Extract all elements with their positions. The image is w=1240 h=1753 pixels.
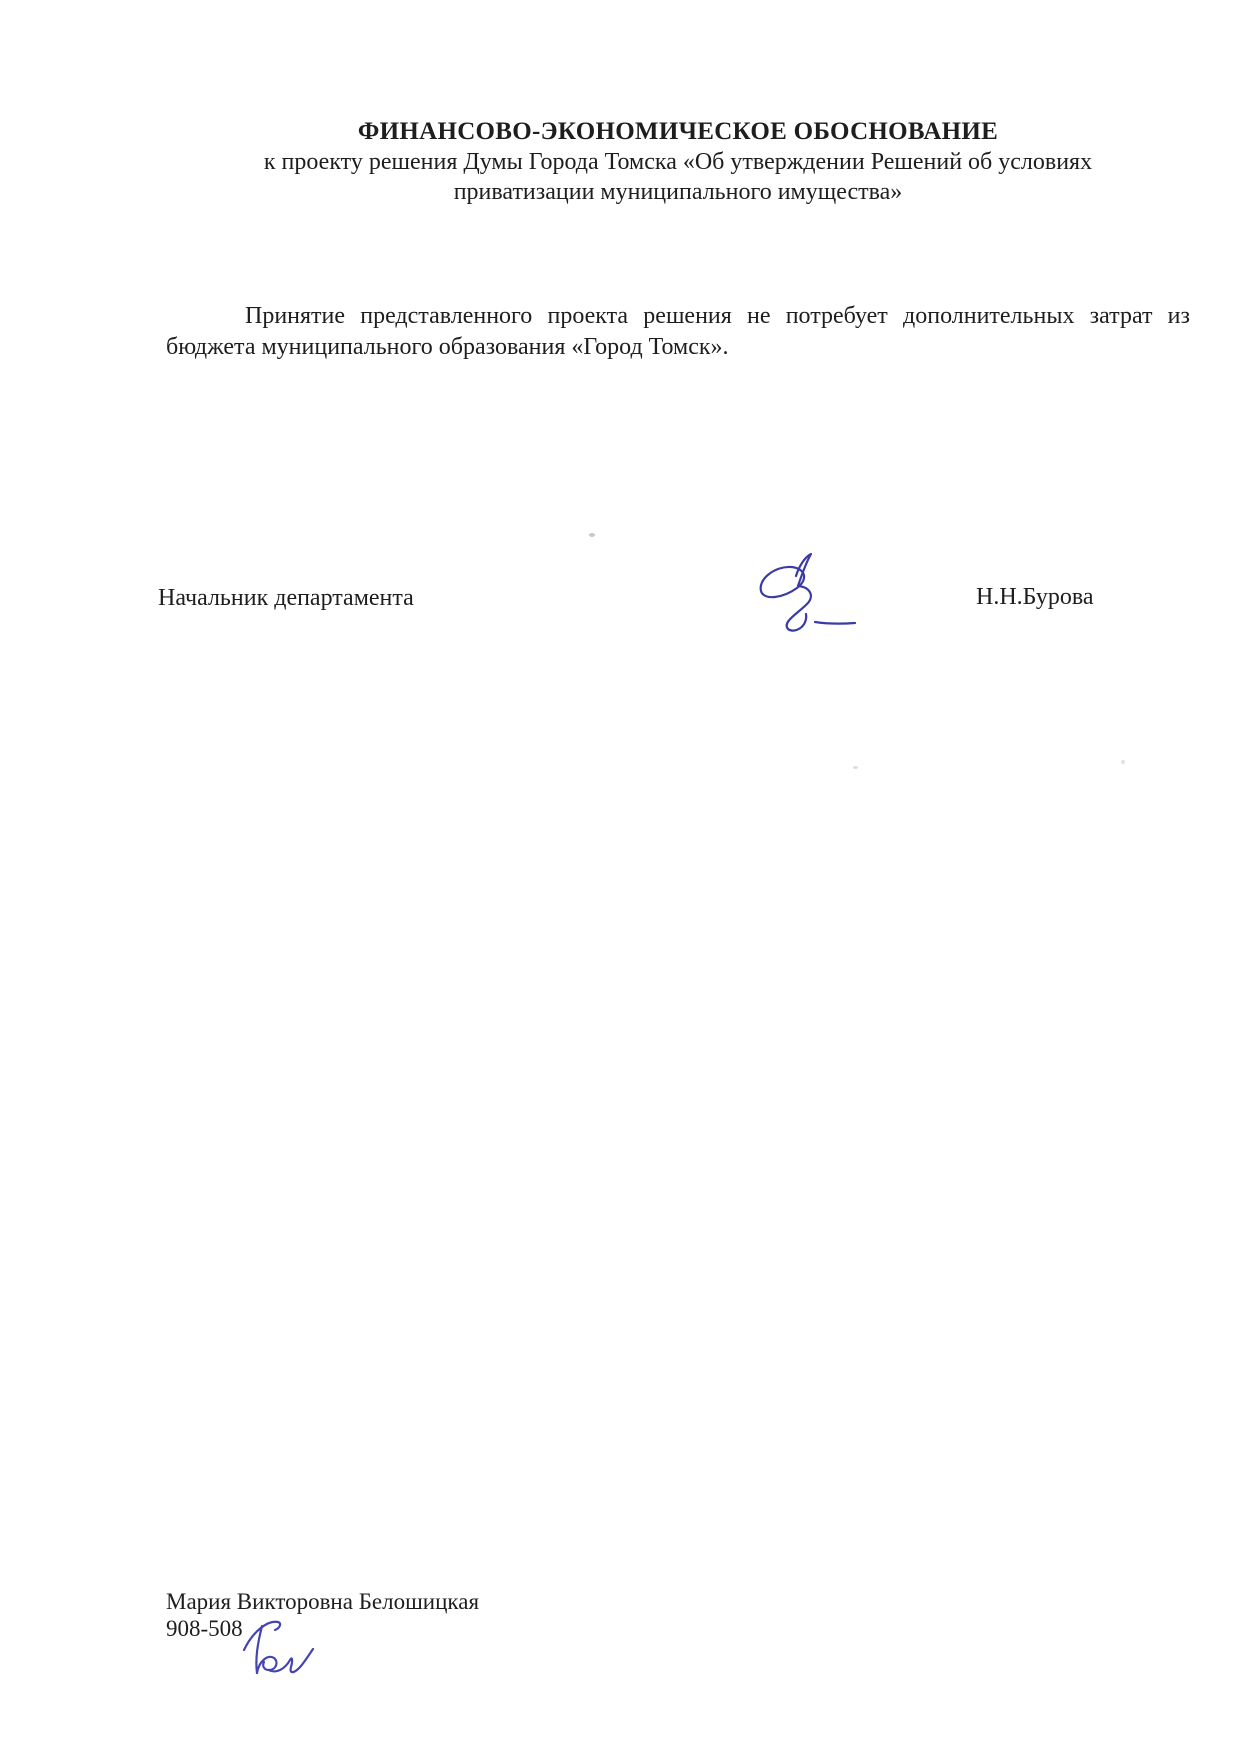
document-page: ФИНАНСОВО-ЭКОНОМИЧЕСКОЕ ОБОСНОВАНИЕ к пр…	[0, 0, 1240, 1753]
document-title: ФИНАНСОВО-ЭКОНОМИЧЕСКОЕ ОБОСНОВАНИЕ	[116, 116, 1240, 147]
contact-handwritten-initials-icon	[238, 1616, 328, 1694]
handwritten-signature-icon	[748, 552, 863, 642]
scan-speck	[1121, 760, 1125, 764]
body-paragraph-line-1: Принятие представленного проекта решения…	[166, 301, 1190, 332]
signer-name: Н.Н.Бурова	[976, 583, 1094, 611]
signature-dash	[815, 622, 855, 624]
contact-name: Мария Викторовна Белошицкая	[166, 1588, 479, 1615]
body-paragraph: Принятие представленного проекта решения…	[166, 301, 1190, 363]
signer-position-title: Начальник департамента	[158, 584, 414, 612]
body-paragraph-line-2: бюджета муниципального образования «Горо…	[166, 332, 1190, 363]
scan-speck	[853, 766, 858, 769]
scan-speck	[589, 533, 595, 537]
document-subtitle-line-1: к проекту решения Думы Города Томска «Об…	[116, 147, 1240, 177]
document-subtitle-line-2: приватизации муниципального имущества»	[116, 177, 1240, 207]
document-header: ФИНАНСОВО-ЭКОНОМИЧЕСКОЕ ОБОСНОВАНИЕ к пр…	[116, 116, 1240, 207]
contact-phone: 908-508	[166, 1615, 243, 1642]
